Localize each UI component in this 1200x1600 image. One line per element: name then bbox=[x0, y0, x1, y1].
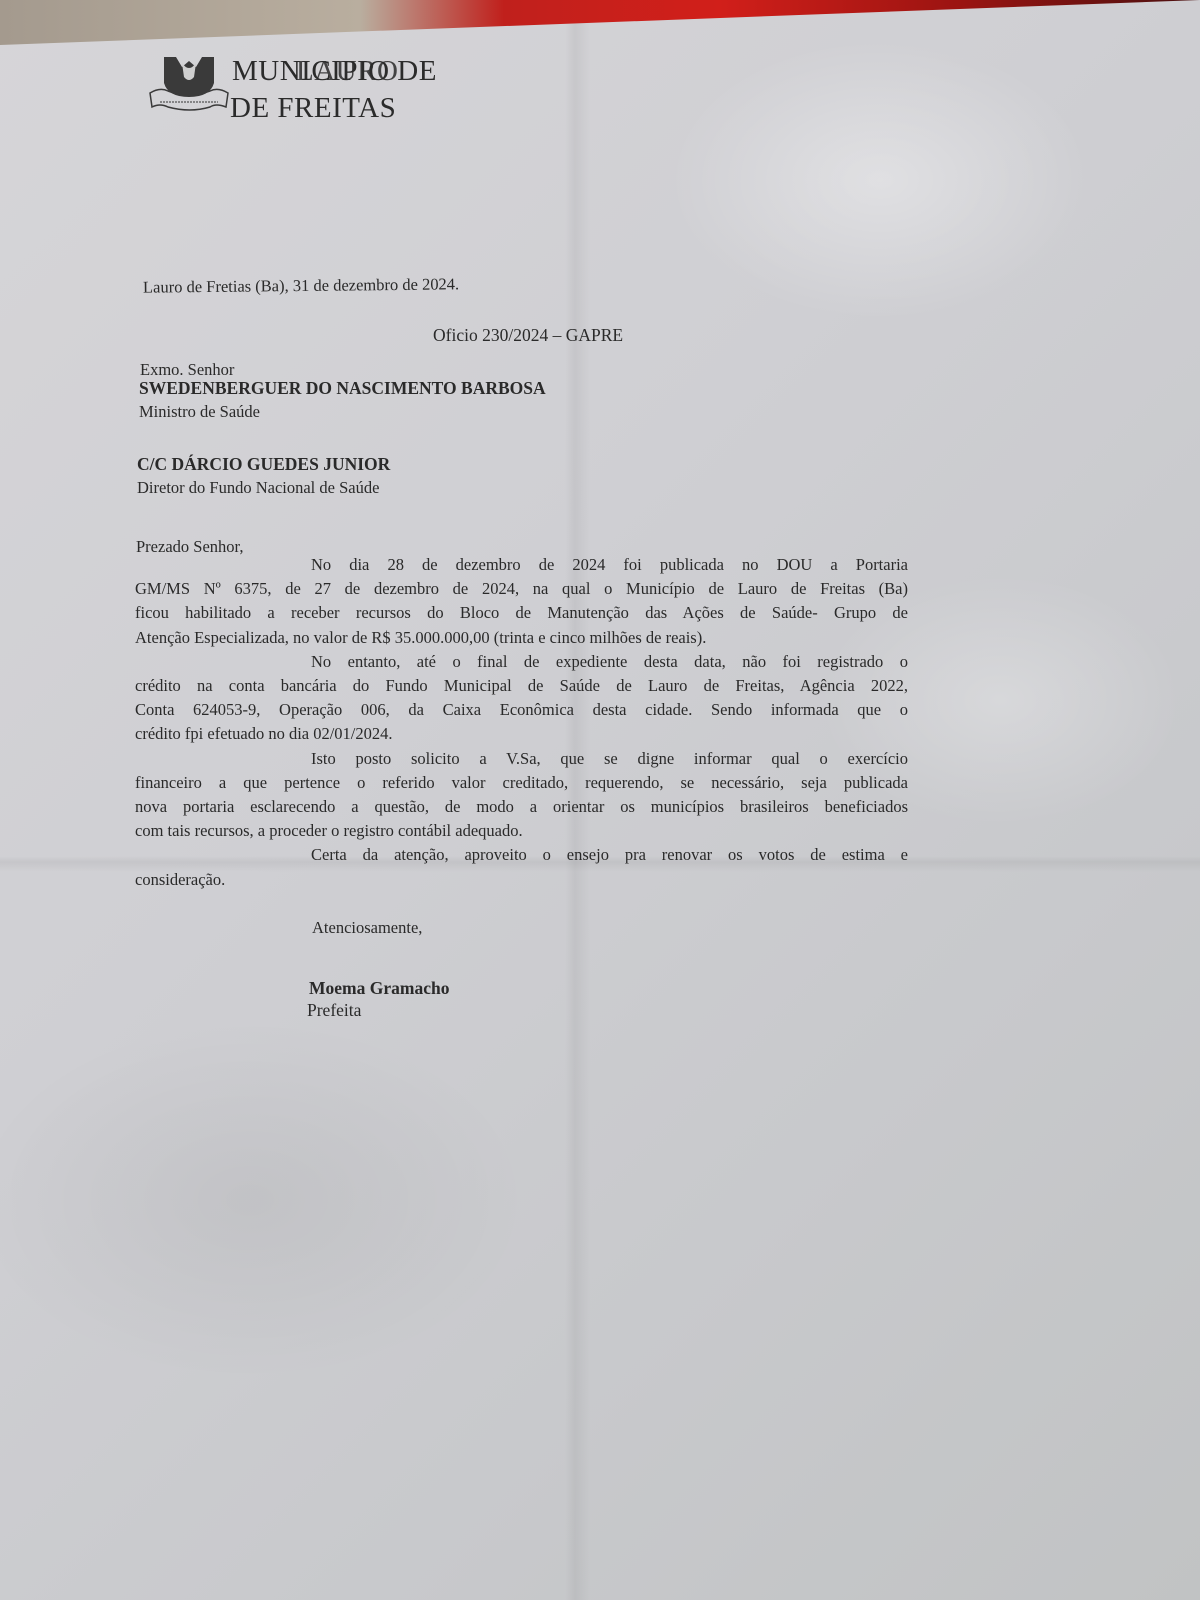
paragraph-1: No dia 28 de dezembro de 2024 foi public… bbox=[135, 553, 908, 650]
paragraph-3: Isto posto solicito a V.Sa, que se digne… bbox=[135, 747, 908, 844]
place-date: Lauro de Fretias (Ba), 31 de dezembro de… bbox=[143, 274, 459, 297]
document-reference: Oficio 230/2024 – GAPRE bbox=[433, 325, 623, 346]
copy-recipient-role: Diretor do Fundo Nacional de Saúde bbox=[137, 478, 379, 498]
copy-recipient-name: C/C DÁRCIO GUEDES JUNIOR bbox=[137, 454, 390, 475]
letterhead-line-2: DE FREITAS bbox=[230, 92, 396, 125]
recipient-name: SWEDENBERGUER DO NASCIMENTO BARBOSA bbox=[139, 378, 546, 399]
recipient-salutation: Exmo. Senhor bbox=[140, 360, 234, 380]
body-line: ficou habilitado a receber recursos do B… bbox=[135, 601, 908, 625]
paragraph-2: No entanto, até o final de expediente de… bbox=[135, 650, 908, 747]
body-line: crédito na conta bancária do Fundo Munic… bbox=[135, 674, 908, 698]
letterhead-line-1-overprint: LAURO bbox=[296, 55, 398, 88]
body-line: No dia 28 de dezembro de 2024 foi public… bbox=[135, 553, 908, 577]
body-line: Certa da atenção, aproveito o ensejo pra… bbox=[135, 843, 908, 867]
body-line: No entanto, até o final de expediente de… bbox=[135, 650, 908, 674]
letter-body: No dia 28 de dezembro de 2024 foi public… bbox=[135, 553, 908, 892]
body-line: Conta 624053-9, Operação 006, da Caixa E… bbox=[135, 698, 908, 722]
body-line: GM/MS Nº 6375, de 27 de dezembro de 2024… bbox=[135, 577, 908, 601]
body-line: financeiro a que pertence o referido val… bbox=[135, 771, 908, 795]
body-line: consideração. bbox=[135, 868, 908, 892]
body-line: Isto posto solicito a V.Sa, que se digne… bbox=[135, 747, 908, 771]
letterhead: MUNICIPIO DE LAURO DE FREITAS bbox=[148, 55, 468, 135]
signer-role: Prefeita bbox=[307, 1000, 361, 1021]
body-line: crédito fpi efetuado no dia 02/01/2024. bbox=[135, 722, 908, 746]
closing: Atenciosamente, bbox=[312, 918, 422, 938]
body-line: Atenção Especializada, no valor de R$ 35… bbox=[135, 626, 908, 650]
recipient-role: Ministro de Saúde bbox=[139, 402, 260, 422]
letter-page: MUNICIPIO DE LAURO DE FREITAS Lauro de F… bbox=[0, 0, 1200, 1600]
paragraph-4: Certa da atenção, aproveito o ensejo pra… bbox=[135, 843, 908, 891]
body-line: nova portaria esclarecendo a questão, de… bbox=[135, 795, 908, 819]
signer-name: Moema Gramacho bbox=[309, 978, 449, 999]
body-line: com tais recursos, a proceder o registro… bbox=[135, 819, 908, 843]
municipal-crest-icon bbox=[148, 55, 230, 113]
